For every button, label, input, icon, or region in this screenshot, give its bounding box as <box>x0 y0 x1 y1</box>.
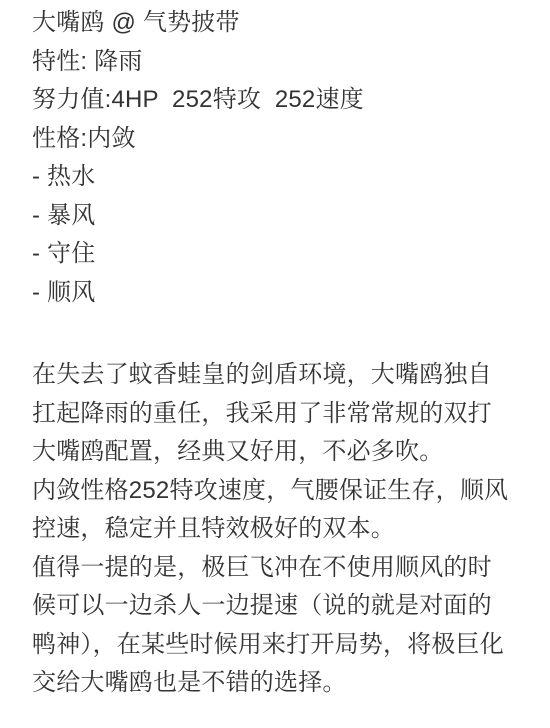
set-nature-line: 性格:内敛 <box>32 120 510 159</box>
description-line: 鸭神），在某些时候用来打开局势，将极巨化 <box>32 626 510 665</box>
description-line: 值得一提的是，极巨飞冲在不使用顺风的时 <box>32 549 510 588</box>
description-line: 交给大嘴鸥也是不错的选择。 <box>32 664 510 703</box>
set-ability-line: 特性: 降雨 <box>32 43 510 82</box>
pokemon-set-article: 大嘴鸥 @ 气势披带 特性: 降雨 努力值:4HP 252特攻 252速度 性格… <box>0 0 550 703</box>
set-name-item-line: 大嘴鸥 @ 气势披带 <box>32 4 510 43</box>
set-move-line: - 顺风 <box>32 274 510 313</box>
set-move-line: - 守住 <box>32 235 510 274</box>
set-evs-line: 努力值:4HP 252特攻 252速度 <box>32 81 510 120</box>
set-description: 在失去了蚊香蛙皇的剑盾环境，大嘴鸥独自 扛起降雨的重任，我采用了非常常规的双打 … <box>32 356 510 703</box>
set-move-line: - 热水 <box>32 158 510 197</box>
description-line: 控速，稳定并且特效极好的双本。 <box>32 510 510 549</box>
description-line: 大嘴鸥配置，经典又好用，不必多吹。 <box>32 433 510 472</box>
description-paragraph: 内敛性格252特攻速度，气腰保证生存，顺风 控速，稳定并且特效极好的双本。 <box>32 472 510 549</box>
description-paragraph: 值得一提的是，极巨飞冲在不使用顺风的时 候可以一边杀人一边提速（说的就是对面的 … <box>32 549 510 703</box>
description-paragraph: 在失去了蚊香蛙皇的剑盾环境，大嘴鸥独自 扛起降雨的重任，我采用了非常常规的双打 … <box>32 356 510 472</box>
description-line: 内敛性格252特攻速度，气腰保证生存，顺风 <box>32 472 510 511</box>
description-line: 候可以一边杀人一边提速（说的就是对面的 <box>32 587 510 626</box>
set-move-line: - 暴风 <box>32 197 510 236</box>
pokemon-set-block: 大嘴鸥 @ 气势披带 特性: 降雨 努力值:4HP 252特攻 252速度 性格… <box>32 4 510 312</box>
description-line: 在失去了蚊香蛙皇的剑盾环境，大嘴鸥独自 <box>32 356 510 395</box>
description-line: 扛起降雨的重任，我采用了非常常规的双打 <box>32 395 510 434</box>
